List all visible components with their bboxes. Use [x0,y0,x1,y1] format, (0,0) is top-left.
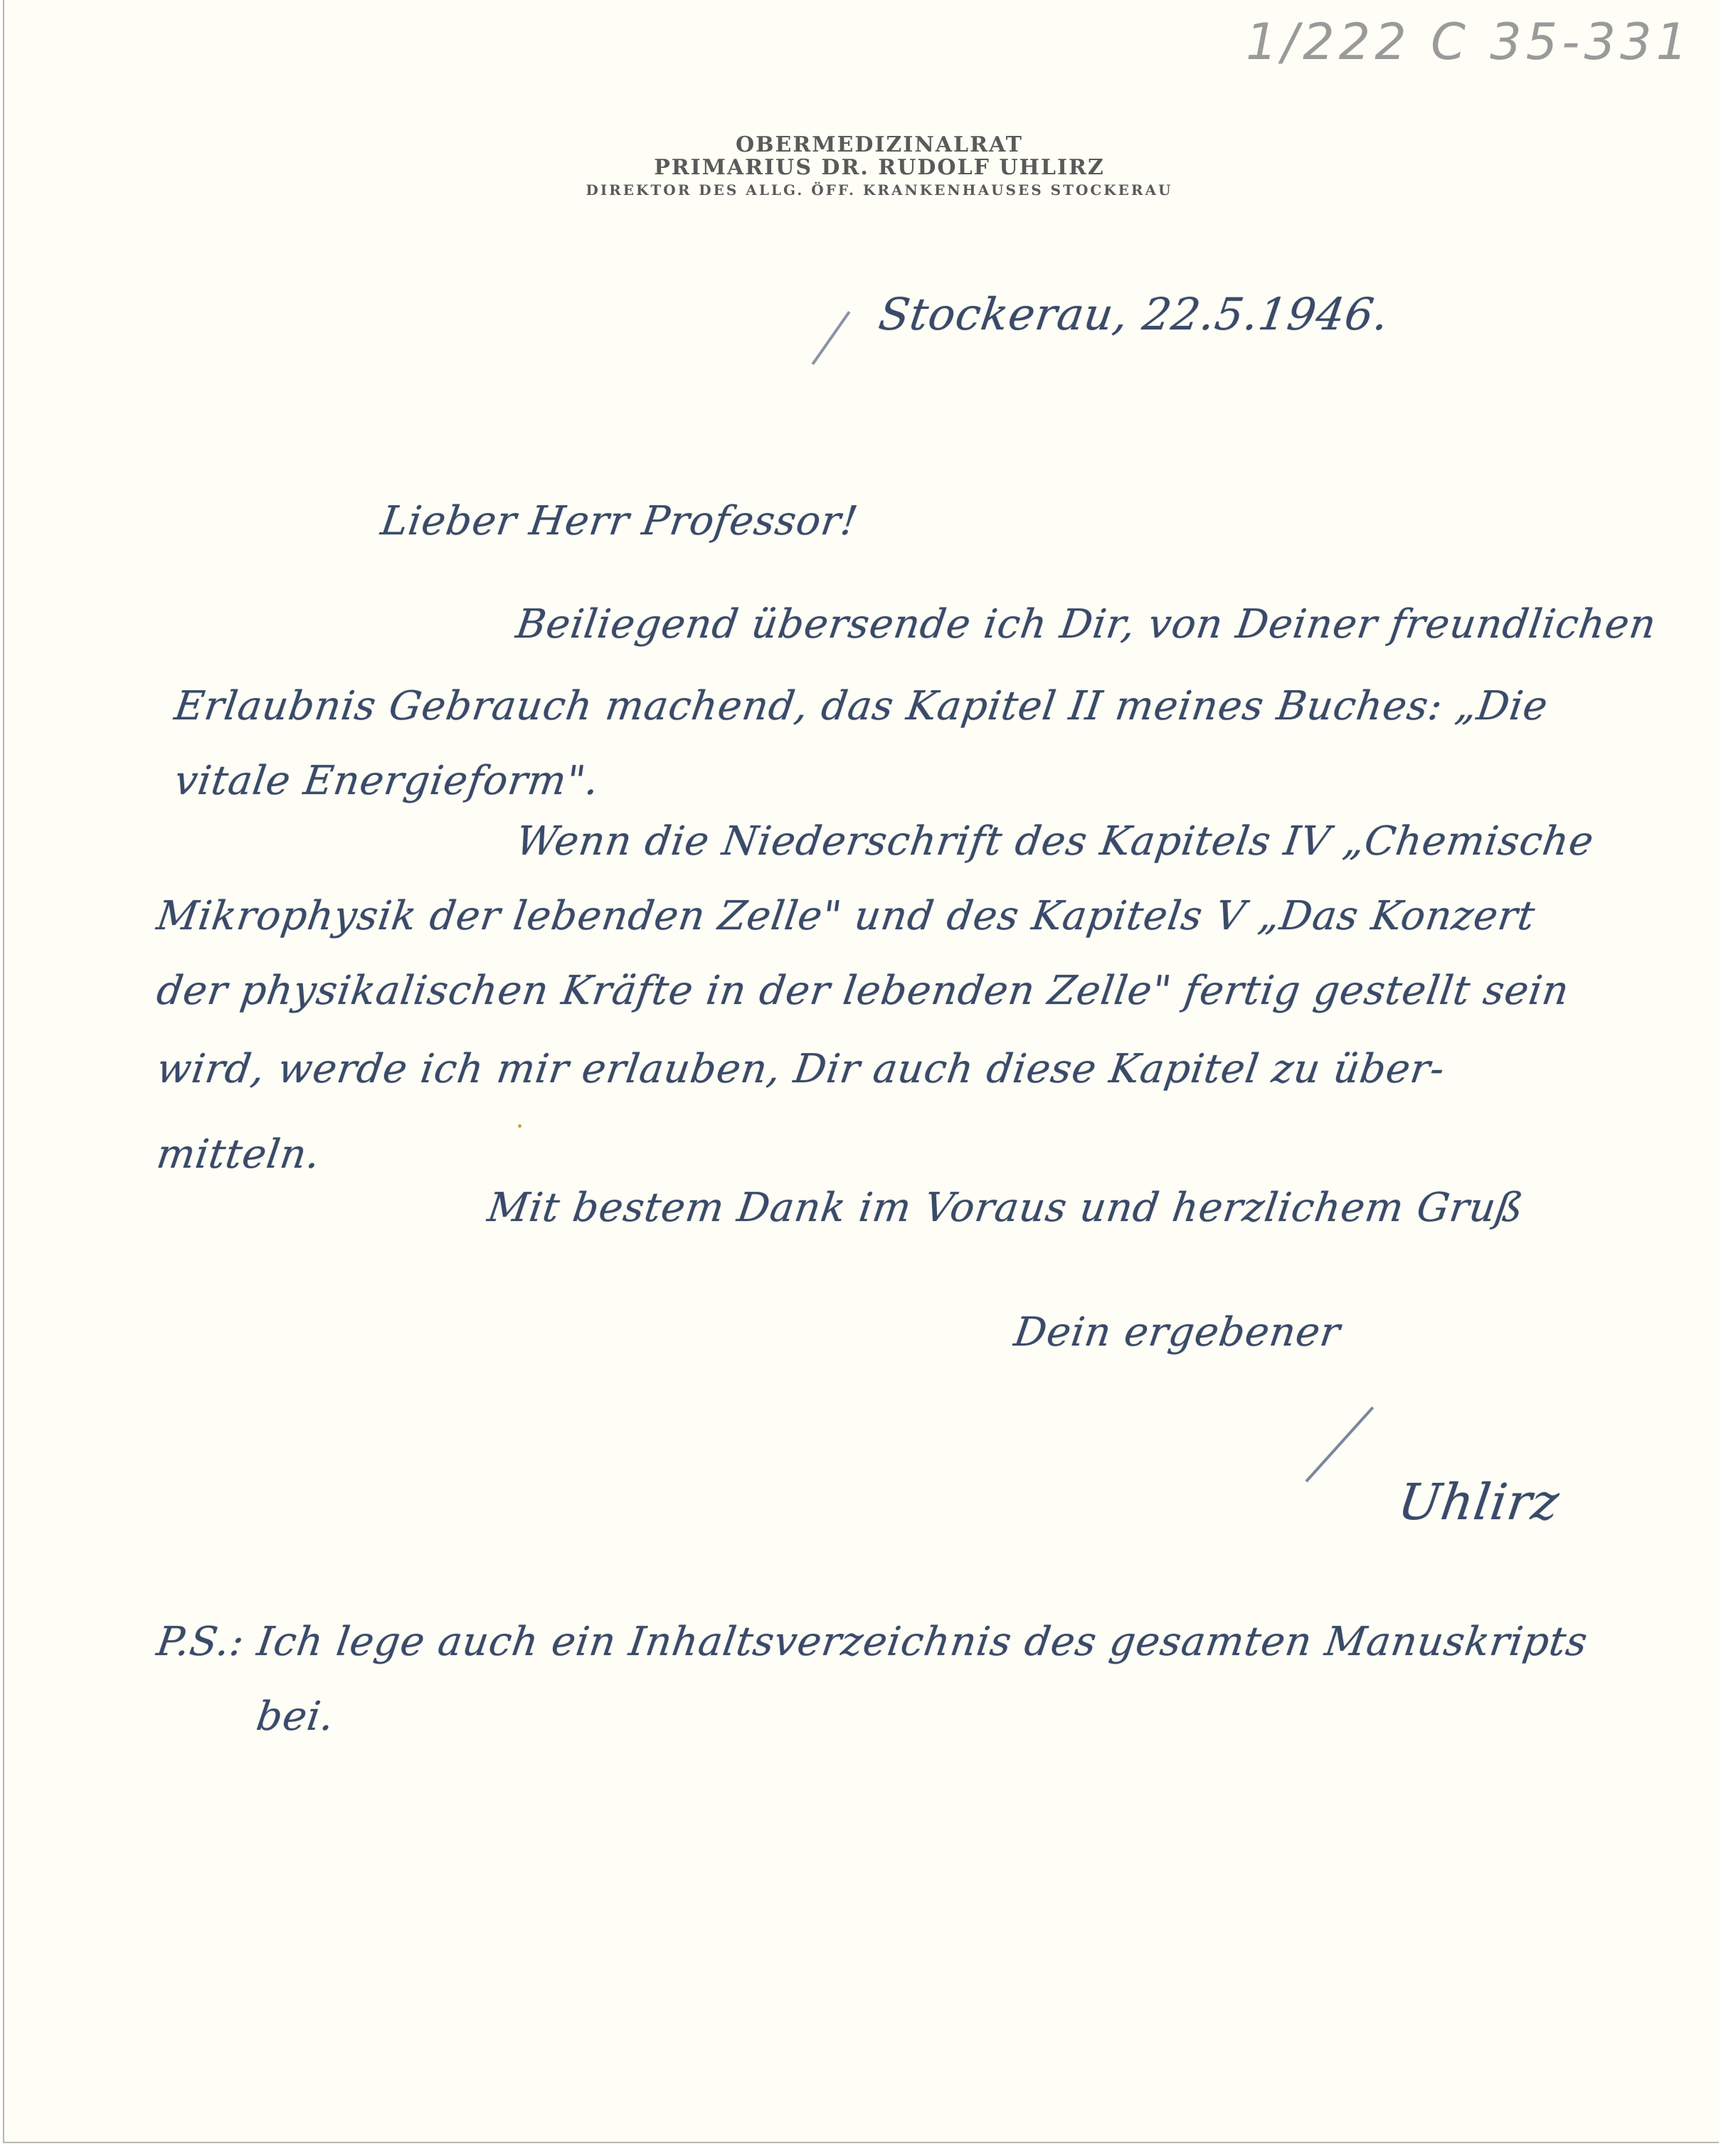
closing-line: Mit bestem Dank im Voraus und herzlichem… [484,1185,1526,1231]
body-line-3: vitale Energieform". [171,758,602,804]
letterhead: OBERMEDIZINALRAT PRIMARIUS DR. RUDOLF UH… [488,134,1271,198]
place-date: Stockerau, 22.5.1946. [876,288,1392,340]
body-line-7: wird, werde ich mir erlauben, Dir auch d… [154,1046,1448,1092]
letter-sheet: 1/222 C 35-331 OBERMEDIZINALRAT PRIMARIU… [3,0,1719,2143]
archive-reference: 1/222 C 35-331 [1246,13,1692,71]
decorative-stroke [812,311,851,365]
body-line-4: Wenn die Niederschrift des Kapitels IV „… [513,818,1596,865]
paper-speck [518,1124,521,1128]
letterhead-position: DIREKTOR DES ALLG. ÖFF. KRANKENHAUSES ST… [488,183,1271,198]
body-line-6: der physikalischen Kräfte in der lebende… [154,968,1572,1014]
body-line-1: Beiliegend übersende ich Dir, von Deiner… [513,601,1659,648]
letterhead-name: PRIMARIUS DR. RUDOLF UHLIRZ [488,157,1271,179]
valediction: Dein ergebener [1011,1309,1343,1356]
postscript-line-2: bei. [253,1693,337,1740]
body-line-2: Erlaubnis Gebrauch machend, das Kapitel … [171,683,1550,729]
signature-flourish [1306,1407,1375,1483]
signature: Uhlirz [1394,1473,1563,1531]
body-line-5: Mikrophysik der lebenden Zelle" und des … [154,893,1537,939]
letterhead-title: OBERMEDIZINALRAT [488,134,1271,157]
salutation: Lieber Herr Professor! [378,498,861,544]
postscript-line-1: P.S.: Ich lege auch ein Inhaltsverzeichn… [154,1619,1590,1665]
body-line-8: mitteln. [154,1131,323,1178]
